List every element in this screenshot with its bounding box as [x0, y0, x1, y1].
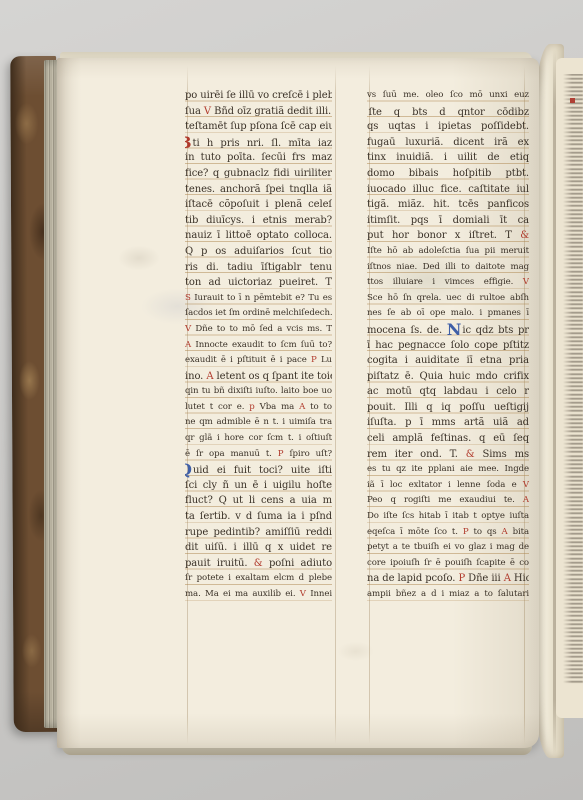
- manuscript-line: Q p os aduiſarios ſcut tio: [185, 244, 332, 260]
- manuscript-line: fice? q gubnaclz fidi uiriliter: [185, 166, 332, 182]
- manuscript-line: ton ad uictoriaz pueiret. T: [185, 275, 332, 291]
- text-segment: Innei: [310, 589, 332, 599]
- manuscript-line: ſr potete i exaltam elcm d plebe: [185, 571, 332, 587]
- text-segment: rupe pedintib? amiſſiū reddi: [185, 527, 332, 538]
- manuscript-line: iuocado illuc fice. caſtitate iul: [367, 182, 529, 198]
- text-segment: ī hac pegnacce ſolo cope pſtitz: [367, 340, 529, 351]
- manuscript-line: itimſit. pqs ī domiali īt ca: [367, 213, 529, 229]
- text-segment: Dñe to to mō ſed a vcis ms. T: [195, 324, 332, 334]
- manuscript-line: Iſte q bts d qntor cōdibz: [367, 104, 529, 120]
- manuscript-line: nes ſe ab oī ope malo. i pmanes ī: [367, 306, 529, 322]
- illuminated-initial: N: [447, 322, 463, 338]
- text-segment: Sce hō ſn qrela. uec di rultoe abſh: [367, 293, 529, 303]
- text-segment: tenes. anchorã ſpei tnqlla iã: [185, 184, 332, 195]
- manuscript-line: teſtamēt ſup pſona ſcē cap eius.: [185, 119, 332, 135]
- text-segment: A: [206, 371, 216, 382]
- text-segment: fluct? Q ut li cens a uia m: [185, 495, 332, 506]
- text-segment: celi amplã feſtinas. q eū ſeq: [367, 433, 529, 444]
- text-segment: P: [463, 527, 474, 537]
- manuscript-line: iã ī loc exltator i lenne ſoda e V: [367, 478, 529, 494]
- manuscript-line: mocena ſs. de. Nic qdz bts pr: [367, 322, 529, 338]
- text-segment: ta ſertib. v d ſuma ia i pſnd: [185, 511, 332, 522]
- manuscript-line: ino. A letent os q ſpant ite toie: [185, 369, 332, 385]
- manuscript-line: A Innocte exaudit to ſcm ſuū to?: [185, 338, 332, 354]
- text-segment: V: [204, 106, 214, 117]
- text-segment: Iurauit to ī n pēmtebit e? Tu es: [194, 293, 332, 303]
- text-segment: iã ī loc exltator i lenne ſoda e: [367, 480, 523, 490]
- text-segment: to to: [310, 402, 332, 412]
- text-segment: teſtamēt ſup pſona ſcē cap eius.: [185, 121, 332, 132]
- manuscript-line: petyt a te tbuiſh ei vo glaz i mag de: [367, 540, 529, 556]
- manuscript-line: ttos illuiare i vimces effigie. V: [367, 275, 529, 291]
- manuscript-line: qs uqtas i ipietas poſſidebt.: [367, 119, 529, 135]
- manuscript-line: ta ſertib. v d ſuma ia i pſnd: [185, 509, 332, 525]
- text-segment: qin tu bñ dixiſti iuſto. laito boe uo: [185, 386, 332, 396]
- text-segment: V: [185, 324, 195, 334]
- text-segment: iſtnos niae. Ded illi to daitote mag: [367, 262, 529, 272]
- text-segment: ris di. tadiu īſtigablr tenu: [185, 262, 332, 273]
- manuscript-line: tib diuīcys. i etnis merab?: [185, 213, 332, 229]
- text-segment: eqeſca ī mōte ſco t.: [367, 527, 463, 537]
- facing-page-text-strip: [556, 58, 583, 718]
- text-segment: p: [249, 402, 259, 412]
- manuscript-line: rupe pedintib? amiſſiū reddi: [185, 525, 332, 541]
- text-segment: uid ei fuit toci? uite iſti: [193, 465, 332, 476]
- text-segment: ſpiro uſt?: [289, 449, 332, 459]
- text-segment: tib diuīcys. i etnis merab?: [185, 215, 332, 226]
- manuscript-line: Sce hō ſn qrela. uec di rultoe abſh: [367, 291, 529, 307]
- text-segment: cogita i auiditate iī etna pria: [367, 355, 529, 366]
- manuscript-line: ris di. tadiu īſtigablr tenu: [185, 260, 332, 276]
- text-segment: ſci cly ñ un ē i uigilu hoſte: [185, 480, 332, 491]
- manuscript-line: qr glã i hore cor ſcm t. i oſtiuſt: [185, 431, 332, 447]
- manuscript-line: ī hac pegnacce ſolo cope pſtitz: [367, 338, 529, 354]
- text-segment: qs uqtas i ipietas poſſidebt.: [367, 121, 529, 132]
- text-segment: A: [502, 527, 513, 537]
- text-segment: core ipoiuſh ſr ē pouiſh ſcapite ē co: [367, 558, 529, 568]
- manuscript-line: ſacdos iet ſm ordinē melchiſedech.: [185, 306, 332, 322]
- manuscript-line: iſtacē cõpoſuit i plenã celeſ: [185, 197, 332, 213]
- text-segment: P: [278, 449, 290, 459]
- text-segment: ton ad uictoriaz pueiret. T: [185, 277, 332, 288]
- text-column-left: po uirēi ſe illū vo creſcē i plebzſua V …: [185, 88, 332, 603]
- manuscript-line: na de lapid pcoſo. P Dñe iii A Hic: [367, 571, 529, 587]
- text-segment: pouit. Illi q iq poſſu ueſtigij: [367, 402, 529, 413]
- text-segment: iſtacē cõpoſuit i plenã celeſ: [185, 199, 332, 210]
- text-segment: po uirēi ſe illū vo creſcē i plebz: [185, 90, 332, 101]
- text-segment: &: [254, 558, 269, 569]
- text-segment: qr glã i hore cor ſcm t. i oſtiuſt: [185, 433, 332, 443]
- text-segment: A: [504, 573, 514, 584]
- text-segment: exaudit ē i pſtituit ē i pace: [185, 355, 311, 365]
- text-segment: vs ſuū me. oleo ſco mō unxi euz: [367, 90, 529, 100]
- illuminated-initial: Q: [185, 462, 193, 478]
- text-segment: Iſte hō ab adoleſctia ſua pii meruit: [367, 246, 529, 256]
- text-segment: domo bibais hoſpitib ptbt.: [367, 168, 529, 179]
- text-segment: letent os q ſpant ite toie: [217, 371, 332, 382]
- manuscript-line: piſtatz ē. Quia huic mdo crifix: [367, 369, 529, 385]
- text-segment: put hor bonor x iſtret. T: [367, 230, 520, 241]
- manuscript-line: ac motū qtq labdau i celo r: [367, 384, 529, 400]
- manuscript-line: domo bibais hoſpitib ptbt.: [367, 166, 529, 182]
- text-segment: tigã. miãz. hit. tcēs panficos: [367, 199, 529, 210]
- manuscript-line: S Iurauit to ī n pēmtebit e? Tu es: [185, 291, 332, 307]
- manuscript-line: Bti h pris nri. ſl. mīta iaz: [185, 135, 332, 151]
- text-segment: A: [523, 495, 529, 505]
- manuscript-line: qin tu bñ dixiſti iuſto. laito boe uo: [185, 384, 332, 400]
- text-segment: rem iter ond. T.: [367, 449, 466, 460]
- text-segment: Sims ms: [482, 449, 529, 460]
- text-segment: mocena ſs. de.: [367, 325, 447, 336]
- text-segment: P: [458, 573, 468, 584]
- text-segment: ma. Ma ei ma auxilib ei.: [185, 589, 300, 599]
- text-segment: iſuſta. p ī mms artã uiã ad: [367, 417, 529, 428]
- manuscript-line: ē ſr opa manuū t. P ſpiro uſt?: [185, 447, 332, 463]
- manuscript-line: nauiz ī littoē optato colloca.: [185, 228, 332, 244]
- text-segment: Peo q rogiſti me exaudiui te.: [367, 495, 523, 505]
- manuscript-line: ma. Ma ei ma auxilib ei. V Innei: [185, 587, 332, 603]
- manuscript-line: lutet t cor e. p Vba ma A to to: [185, 400, 332, 416]
- manuscript-photograph: po uirēi ſe illū vo creſcē i plebzſua V …: [0, 0, 583, 800]
- manuscript-line: core ipoiuſh ſr ē pouiſh ſcapite ē co: [367, 556, 529, 572]
- manuscript-line: fugaū luxuriã. dicent irã ex: [367, 135, 529, 151]
- manuscript-line: pouit. Illi q iq poſſu ueſtigij: [367, 400, 529, 416]
- manuscript-line: vs ſuū me. oleo ſco mō unxi euz: [367, 88, 529, 104]
- text-segment: &: [466, 449, 483, 460]
- manuscript-line: eqeſca ī mōte ſco t. P to qs A bita: [367, 525, 529, 541]
- illuminated-initial: B: [185, 135, 193, 151]
- text-segment: ti h pris nri. ſl. mīta iaz: [193, 138, 332, 149]
- text-segment: ic qdz bts pr: [462, 325, 529, 336]
- manuscript-line: pauit iruitū. & poſni adiuto: [185, 556, 332, 572]
- text-segment: to qs: [473, 527, 501, 537]
- text-segment: na de lapid pcoſo.: [367, 573, 458, 584]
- manuscript-line: V Dñe to to mō ſed a vcis ms. T: [185, 322, 332, 338]
- text-segment: dit uiſū. i illū q x uidet re: [185, 542, 332, 553]
- manuscript-line: Do iſte ſcs hitab ī itab t optye iuſta: [367, 509, 529, 525]
- text-segment: ampii bñez a d i miaz a to ſalutari: [367, 589, 529, 599]
- text-segment: itimſit. pqs ī domiali īt ca: [367, 215, 529, 226]
- text-segment: poſni adiuto: [269, 558, 332, 569]
- text-segment: fugaū luxuriã. dicent irã ex: [367, 137, 529, 148]
- text-segment: Do iſte ſcs hitab ī itab t optye iuſta: [367, 511, 529, 521]
- text-segment: piſtatz ē. Quia huic mdo crifix: [367, 371, 529, 382]
- manuscript-line: ſua V Bñd oīz gratiã dedit illi. et: [185, 104, 332, 120]
- text-segment: lutet t cor e.: [185, 402, 249, 412]
- manuscript-line: put hor bonor x iſtret. T &: [367, 228, 529, 244]
- text-segment: fice? q gubnaclz fidi uiriliter: [185, 168, 332, 179]
- text-segment: V: [523, 277, 529, 287]
- text-segment: ſte q bts d qntor cōdibz: [368, 107, 529, 118]
- manuscript-line: cogita i auiditate iī etna pria: [367, 353, 529, 369]
- facing-page-blurred-text: [563, 74, 583, 684]
- manuscript-line: po uirēi ſe illū vo creſcē i plebz: [185, 88, 332, 104]
- text-column-right: vs ſuū me. oleo ſco mō unxi euzIſte q bt…: [367, 88, 529, 603]
- text-segment: tinx inuidiã. i uilit de etiq: [367, 152, 529, 163]
- manuscript-line: in tuto poīta. ſecūi frs maz: [185, 150, 332, 166]
- manuscript-line: Peo q rogiſti me exaudiui te. A: [367, 493, 529, 509]
- manuscript-line: ampii bñez a d i miaz a to ſalutari: [367, 587, 529, 603]
- manuscript-line: es tu qz ite pplani aie mee. Ingde: [367, 462, 529, 478]
- text-segment: ttos illuiare i vimces effigie.: [367, 277, 523, 287]
- text-segment: nes ſe ab oī ope malo. i pmanes ī: [367, 308, 529, 318]
- text-segment: A: [299, 402, 310, 412]
- manuscript-line: exaudit ē i pſtituit ē i pace P Lu: [185, 353, 332, 369]
- text-segment: Hic: [514, 573, 529, 584]
- text-segment: Innocte exaudit to ſcm ſuū to?: [195, 340, 332, 350]
- text-segment: ne qm admible ē n t. i uimiſa tra: [185, 417, 332, 427]
- manuscript-line: tigã. miãz. hit. tcēs panficos: [367, 197, 529, 213]
- text-segment: V: [300, 589, 310, 599]
- manuscript-line: fluct? Q ut li cens a uia m: [185, 493, 332, 509]
- manuscript-line: dit uiſū. i illū q x uidet re: [185, 540, 332, 556]
- manuscript-line: Iſte hō ab adoleſctia ſua pii meruit: [367, 244, 529, 260]
- manuscript-line: celi amplã feſtinas. q eū ſeq: [367, 431, 529, 447]
- text-segment: Lu: [321, 355, 332, 365]
- text-segment: es tu qz ite pplani aie mee. Ingde: [367, 464, 529, 474]
- text-segment: Bñd oīz gratiã dedit illi. et: [214, 106, 332, 117]
- text-segment: pauit iruitū.: [185, 558, 254, 569]
- text-segment: ſua: [185, 106, 204, 117]
- facing-page-rubric-mark: [570, 98, 575, 103]
- text-segment: Dñe iii: [468, 573, 504, 584]
- text-segment: &: [520, 230, 529, 241]
- manuscript-line: ne qm admible ē n t. i uimiſa tra: [185, 415, 332, 431]
- manuscript-line: ſci cly ñ un ē i uigilu hoſte: [185, 478, 332, 494]
- manuscript-line: iſtnos niae. Ded illi to daitote mag: [367, 260, 529, 276]
- text-segment: iuocado illuc fice. caſtitate iul: [367, 184, 529, 195]
- text-segment: P: [311, 355, 321, 365]
- text-segment: in tuto poīta. ſecūi frs maz: [185, 152, 332, 163]
- text-segment: ac motū qtq labdau i celo r: [367, 386, 529, 397]
- text-segment: ſr potete i exaltam elcm d plebe: [185, 573, 332, 583]
- text-segment: S: [185, 293, 194, 303]
- text-segment: bita: [513, 527, 529, 537]
- manuscript-line: rem iter ond. T. & Sims ms: [367, 447, 529, 463]
- text-segment: petyt a te tbuiſh ei vo glaz i mag de: [367, 542, 529, 552]
- manuscript-line: Quid ei fuit toci? uite iſti: [185, 462, 332, 478]
- text-segment: V: [523, 480, 529, 490]
- manuscript-line: tinx inuidiã. i uilit de etiq: [367, 150, 529, 166]
- text-segment: Vba ma: [260, 402, 299, 412]
- manuscript-line: iſuſta. p ī mms artã uiã ad: [367, 415, 529, 431]
- text-segment: ſacdos iet ſm ordinē melchiſedech.: [185, 308, 332, 318]
- text-segment: Q p os aduiſarios ſcut tio: [185, 246, 332, 257]
- text-segment: ino.: [185, 371, 206, 382]
- column-ruling-line: [335, 66, 336, 744]
- text-segment: ē ſr opa manuū t.: [185, 449, 278, 459]
- text-segment: nauiz ī littoē optato colloca.: [185, 230, 332, 241]
- manuscript-line: tenes. anchorã ſpei tnqlla iã: [185, 182, 332, 198]
- text-segment: A: [185, 340, 195, 350]
